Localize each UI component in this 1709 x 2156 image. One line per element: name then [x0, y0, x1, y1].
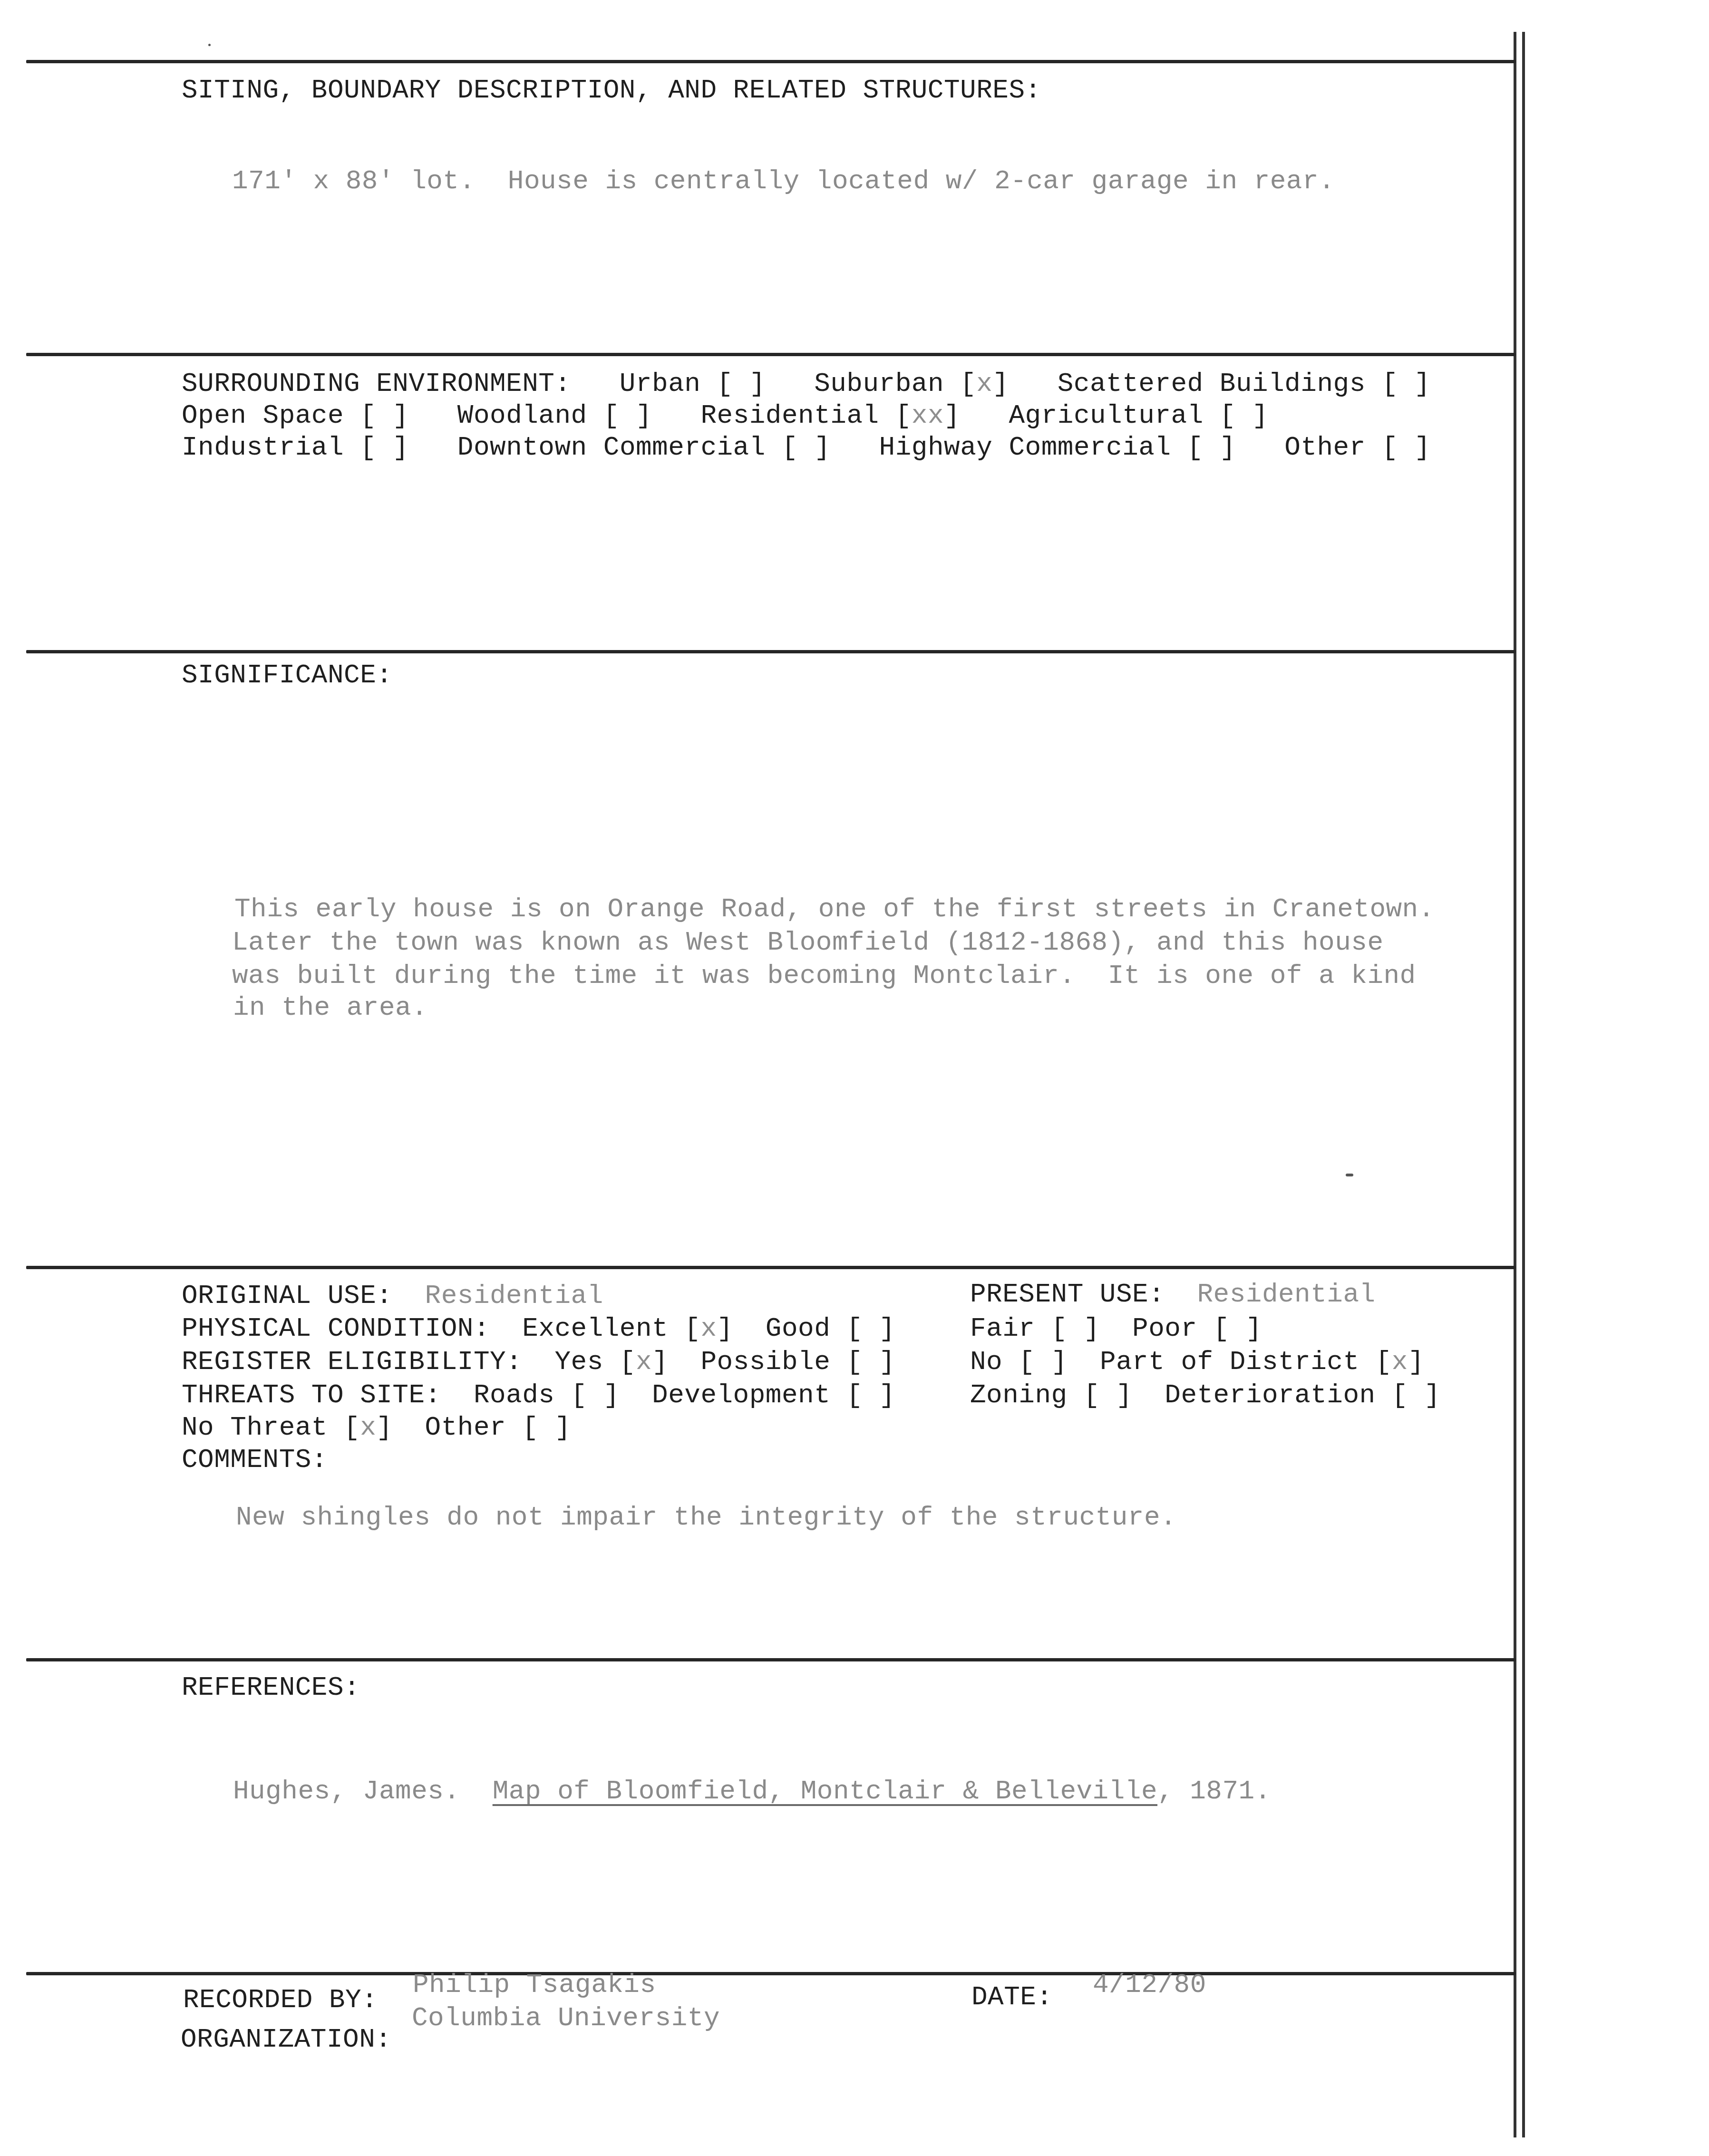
comments-text: New shingles do not impair the integrity…	[236, 1501, 1176, 1534]
divider-top	[26, 60, 1515, 63]
option-other-environment[interactable]: Other [ ]	[1284, 432, 1430, 463]
option-scattered-buildings[interactable]: Scattered Buildings [ ]	[1058, 369, 1430, 399]
divider-footer	[26, 1972, 1515, 1975]
scan-speck	[208, 44, 211, 46]
siting-heading: SITING, BOUNDARY DESCRIPTION, AND RELATE…	[182, 74, 1041, 107]
recorded-by-value: Philip Tsagakis	[413, 1969, 656, 2001]
physical-condition-heading: PHYSICAL CONDITION:	[182, 1313, 490, 1344]
environment-row-2: Open Space [ ] Woodland [ ] Residential …	[182, 399, 1268, 432]
divider-significance	[26, 650, 1515, 653]
option-part-of-district[interactable]: Part of District [x]	[1100, 1347, 1424, 1377]
option-possible[interactable]: Possible [ ]	[700, 1347, 895, 1377]
option-no[interactable]: No [ ]	[970, 1347, 1068, 1377]
present-use-label: PRESENT USE:	[970, 1279, 1165, 1310]
option-woodland[interactable]: Woodland [ ]	[457, 400, 652, 431]
siting-text: 171' x 88' lot. House is centrally locat…	[232, 165, 1335, 197]
organization-label: ORGANIZATION:	[181, 2023, 391, 2056]
references-heading: REFERENCES:	[182, 1671, 360, 1704]
option-open-space[interactable]: Open Space [ ]	[182, 400, 409, 431]
present-use-row: PRESENT USE: Residential	[970, 1278, 1376, 1311]
option-poor[interactable]: Poor [ ]	[1132, 1313, 1262, 1344]
reference-entry: Hughes, James. Map of Bloomfield, Montcl…	[233, 1775, 1271, 1807]
significance-line-4: in the area.	[233, 991, 427, 1024]
option-good[interactable]: Good [ ]	[766, 1313, 895, 1344]
reference-author: Hughes, James.	[233, 1776, 460, 1806]
survey-form-page: SITING, BOUNDARY DESCRIPTION, AND RELATE…	[0, 0, 1709, 2156]
option-residential[interactable]: Residential [xx]	[700, 400, 960, 431]
divider-environment	[26, 353, 1515, 356]
recorded-by-label: RECORDED BY:	[183, 1984, 378, 2016]
right-border-outer	[1522, 32, 1525, 2137]
significance-line-2: Later the town was known as West Bloomfi…	[232, 926, 1384, 959]
option-urban[interactable]: Urban [ ]	[620, 369, 766, 399]
option-roads[interactable]: Roads [ ]	[474, 1380, 620, 1410]
option-industrial[interactable]: Industrial [ ]	[182, 432, 409, 463]
environment-heading: SURROUNDING ENVIRONMENT:	[182, 369, 571, 399]
threats-row-2: No Threat [x] Other [ ]	[182, 1411, 571, 1444]
organization-value: Columbia University	[412, 2002, 720, 2034]
option-downtown-commercial[interactable]: Downtown Commercial [ ]	[457, 432, 830, 463]
option-no-threat[interactable]: No Threat [x]	[182, 1412, 392, 1443]
comments-heading: COMMENTS:	[182, 1444, 328, 1476]
option-fair[interactable]: Fair [ ]	[970, 1313, 1100, 1344]
threats-row: THREATS TO SITE: Roads [ ] Development […	[182, 1379, 895, 1411]
threats-heading: THREATS TO SITE:	[182, 1380, 441, 1410]
environment-row-1: SURROUNDING ENVIRONMENT: Urban [ ] Subur…	[182, 368, 1430, 400]
option-suburban[interactable]: Suburban [x]	[814, 369, 1009, 399]
option-development[interactable]: Development [ ]	[652, 1380, 895, 1410]
physical-condition-row: PHYSICAL CONDITION: Excellent [x] Good […	[182, 1312, 895, 1345]
register-eligibility-heading: REGISTER ELIGIBILITY:	[182, 1347, 522, 1377]
physical-condition-row-right: Fair [ ] Poor [ ]	[970, 1312, 1262, 1345]
significance-line-3: was built during the time it was becomin…	[232, 960, 1416, 992]
divider-references	[26, 1658, 1515, 1661]
option-agricultural[interactable]: Agricultural [ ]	[1009, 400, 1268, 431]
option-deterioration[interactable]: Deterioration [ ]	[1165, 1380, 1440, 1410]
original-use-label: ORIGINAL USE:	[182, 1281, 392, 1311]
reference-title: Map of Bloomfield, Montclair & Bellevill…	[493, 1776, 1157, 1806]
scan-speck	[1346, 1174, 1353, 1176]
threats-row-right: Zoning [ ] Deterioration [ ]	[970, 1379, 1440, 1411]
option-zoning[interactable]: Zoning [ ]	[970, 1380, 1132, 1410]
date-label: DATE:	[971, 1981, 1053, 2013]
present-use-value[interactable]: Residential	[1197, 1279, 1375, 1310]
environment-row-3: Industrial [ ] Downtown Commercial [ ] H…	[182, 431, 1430, 464]
divider-use	[26, 1266, 1515, 1269]
significance-line-1: This early house is on Orange Road, one …	[234, 893, 1435, 925]
original-use-row: ORIGINAL USE: Residential	[182, 1280, 603, 1312]
option-other-threat[interactable]: Other [ ]	[425, 1412, 571, 1443]
reference-year: , 1871.	[1157, 1776, 1271, 1806]
significance-heading: SIGNIFICANCE:	[182, 659, 392, 691]
option-highway-commercial[interactable]: Highway Commercial [ ]	[879, 432, 1236, 463]
date-value: 4/12/80	[1093, 1969, 1206, 2001]
option-excellent[interactable]: Excellent [x]	[522, 1313, 733, 1344]
original-use-value[interactable]: Residential	[425, 1281, 603, 1311]
register-eligibility-row-right: No [ ] Part of District [x]	[970, 1346, 1424, 1378]
option-yes[interactable]: Yes [x]	[554, 1347, 668, 1377]
register-eligibility-row: REGISTER ELIGIBILITY: Yes [x] Possible […	[182, 1346, 895, 1378]
right-border-inner	[1514, 32, 1516, 2137]
